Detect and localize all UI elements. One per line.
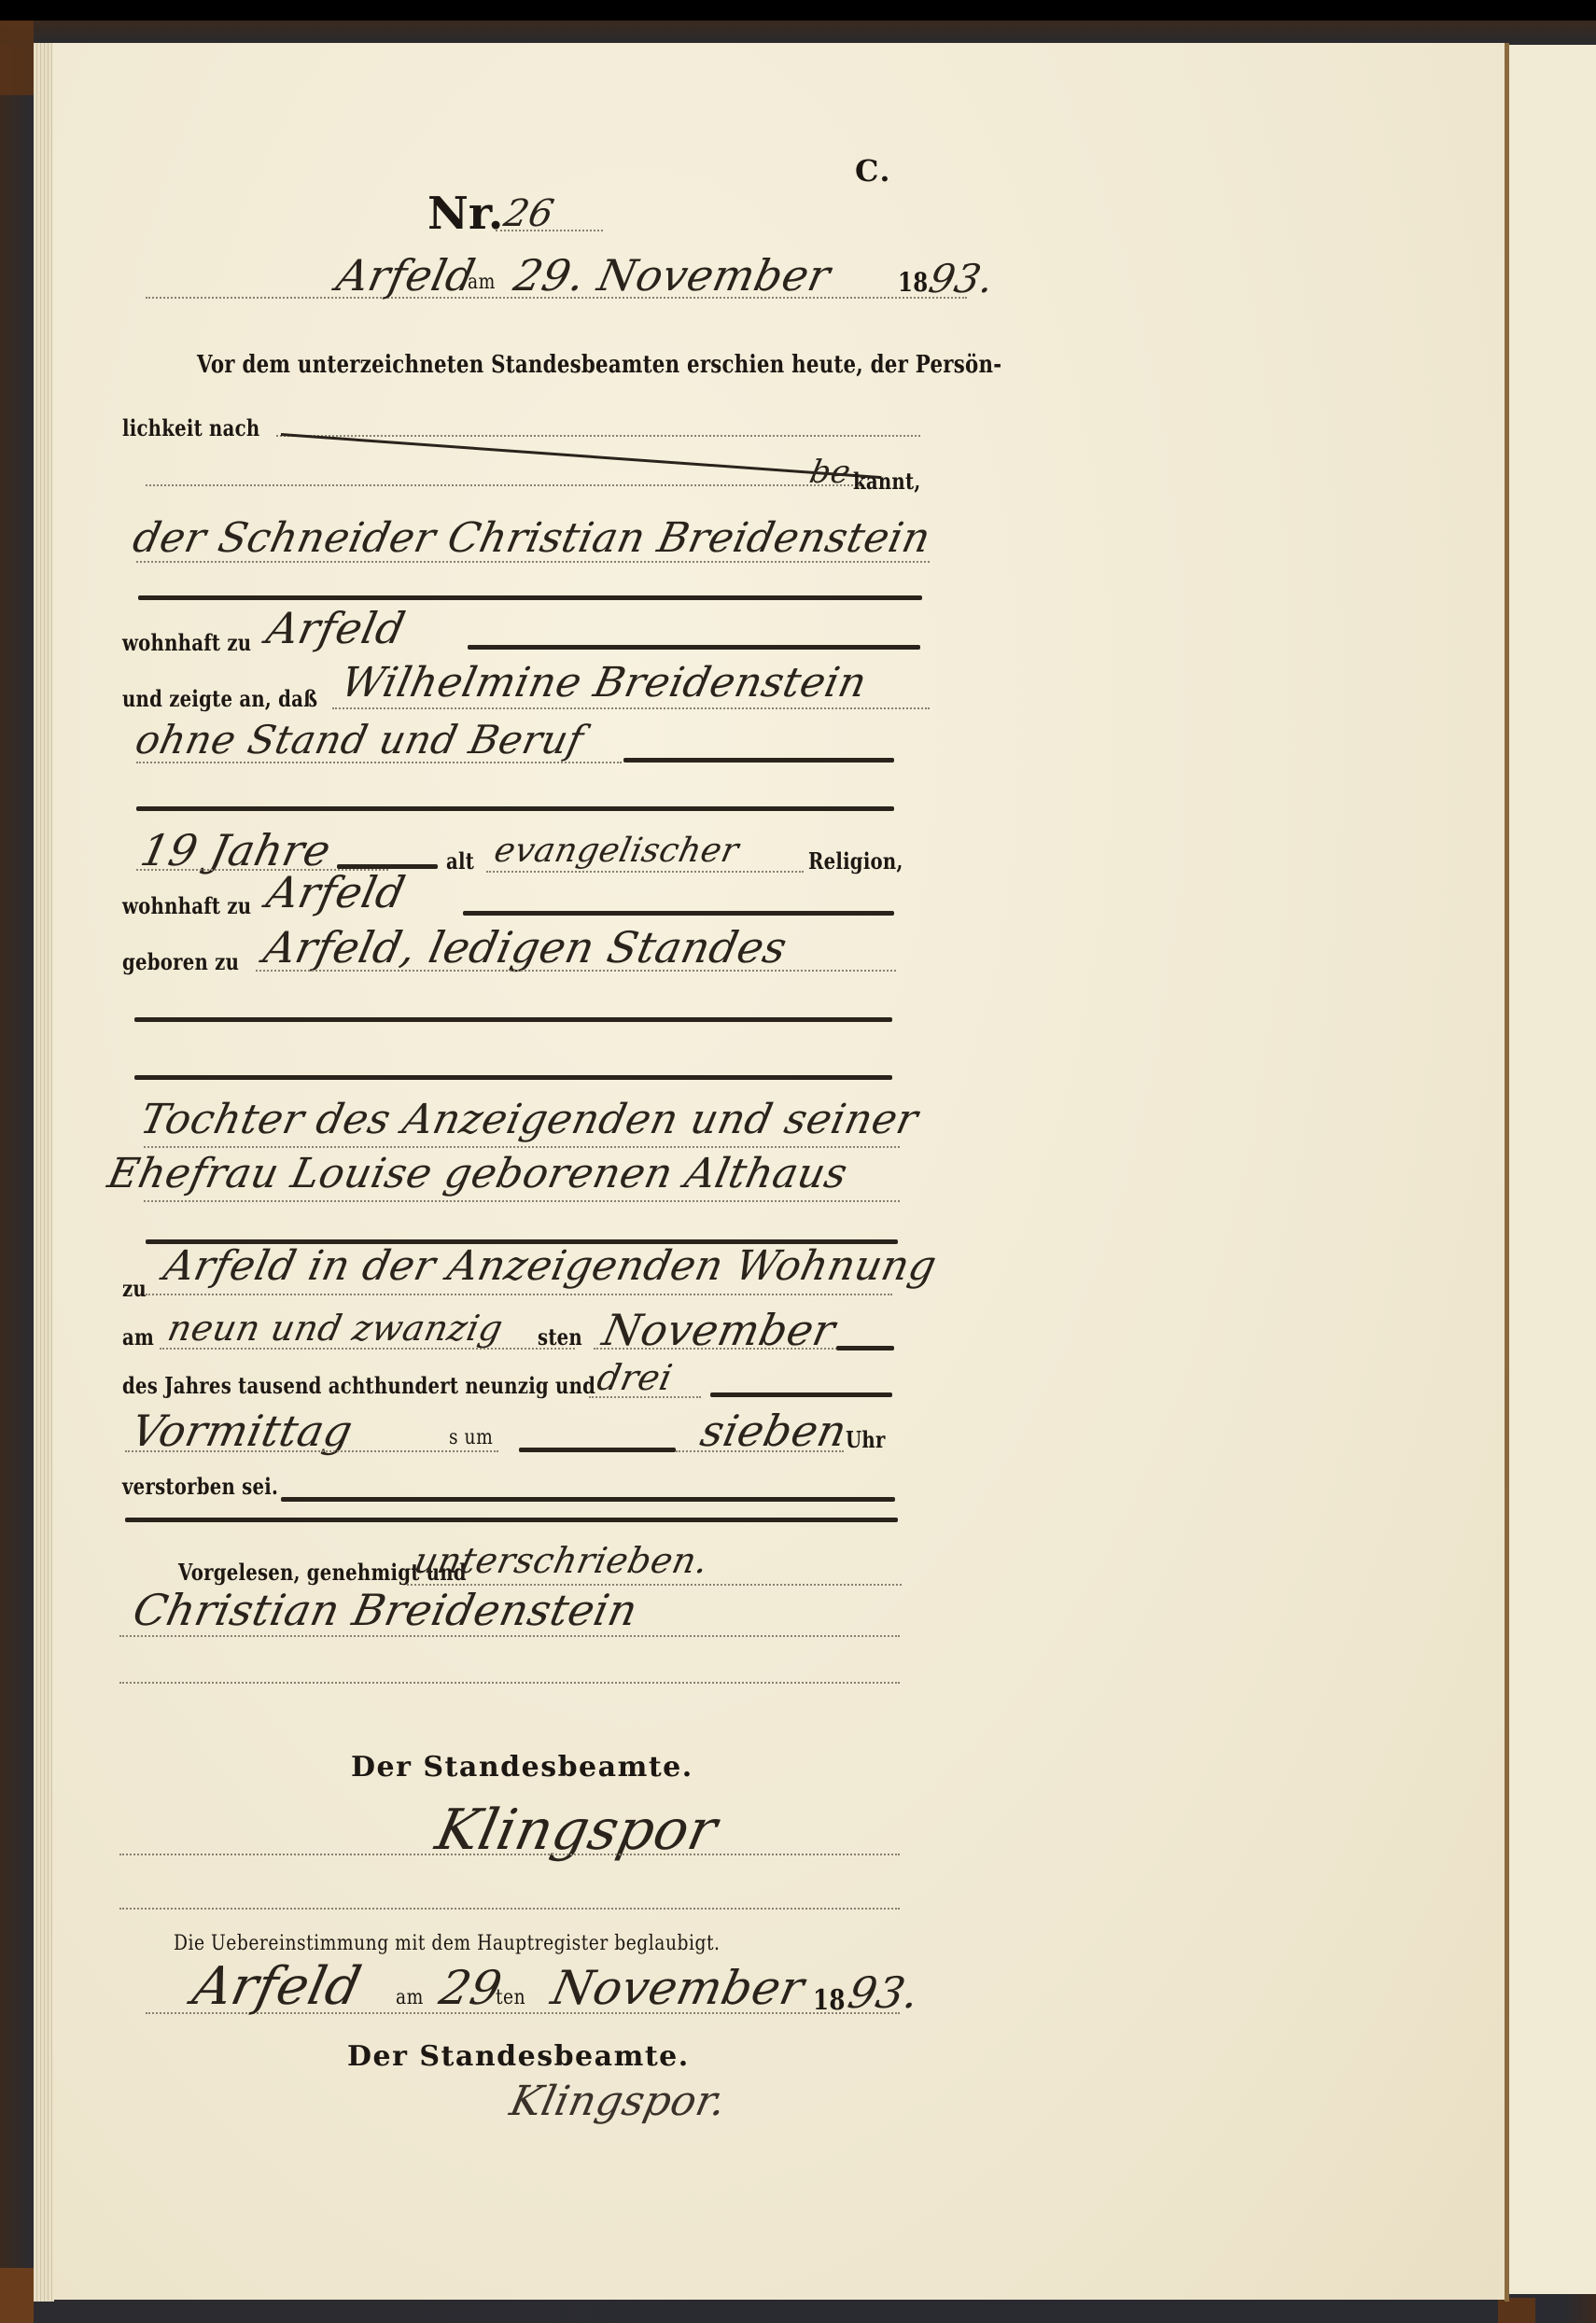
deceased-occupation: ohne Stand und Beruf: [132, 717, 588, 763]
parents-dotted-line-1: [144, 1146, 900, 1148]
bekannt-prefix: be: [806, 454, 854, 491]
religion-label: Religion,: [808, 847, 903, 875]
religion-value: evangelischer: [491, 832, 742, 870]
book-cover-top-edge: [0, 21, 1596, 45]
hour-label: Uhr: [846, 1426, 886, 1453]
hour-value: sieben: [696, 1406, 851, 1456]
separator-line: [134, 1075, 892, 1080]
read-value: unterschrieben.: [411, 1540, 712, 1581]
time-suffix: s um: [449, 1426, 493, 1449]
certification-ten-label: ten: [496, 1986, 525, 2009]
died-label: verstorben sei.: [122, 1473, 278, 1500]
certification-statement: Die Uebereinstimmung mit dem Hauptregist…: [174, 1932, 720, 1955]
death-place: Arfeld in der Anzeigenden Wohnung: [160, 1242, 941, 1290]
parents-line-2: Ehefrau Louise geborenen Althaus: [104, 1150, 852, 1197]
death-place-dotted-line: [146, 1294, 892, 1295]
strike-through-line: [281, 433, 882, 479]
informant-name: der Schneider Christian Breidenstein: [129, 514, 935, 562]
informant-signature: Christian Breidenstein: [129, 1585, 642, 1635]
section-letter: C.: [855, 153, 891, 189]
certification-year-suffix: 93.: [844, 1967, 924, 2018]
intro-dotted-line-1: [276, 435, 920, 437]
header-am-label: am: [468, 271, 496, 294]
residence-fill-line: [468, 645, 920, 650]
facing-page-edge: [1509, 45, 1596, 2294]
year-text-value: drei: [594, 1357, 676, 1398]
year-dotted-line: [589, 1396, 701, 1398]
separator-line: [125, 1518, 898, 1522]
time-of-day: Vormittag: [127, 1406, 357, 1456]
certification-am-label: am: [396, 1986, 424, 2009]
announced-label: und zeigte an, daß: [122, 685, 317, 712]
certification-month: November: [547, 1961, 809, 2015]
signature-dotted-line-2: [119, 1682, 900, 1684]
informant-residence-label: wohnhaft zu: [122, 629, 251, 656]
bekannt-label: kannt,: [853, 468, 920, 495]
informant-dotted-line: [136, 561, 930, 563]
header-year-suffix: 93.: [925, 256, 999, 301]
religion-dotted-line: [486, 871, 804, 873]
registrar-heading: Der Standesbeamte.: [351, 1751, 693, 1784]
header-place: Arfeld: [332, 250, 480, 301]
age-label: alt: [446, 847, 474, 875]
cover-corner-bottom-left: [0, 2268, 34, 2323]
time-dotted-line: [125, 1450, 498, 1452]
header-day-month: 29. November: [510, 250, 835, 301]
certification-place: Arfeld: [188, 1956, 367, 2017]
window-title-bar: /Abt_Ostwestfalen-Lippe/P6/P6-25/~001/P6…: [0, 0, 1596, 21]
register-page: C. Nr. 26 Arfeld am 29. November 18 93. …: [52, 43, 1505, 2300]
registrar-dotted-line: [119, 1854, 900, 1855]
occupation-fill-line: [623, 758, 894, 763]
occupation-dotted-line: [136, 762, 622, 763]
separator-line: [134, 1017, 892, 1022]
intro-line-1: Vor dem unterzeichneten Standesbeamten e…: [197, 351, 1001, 379]
informant-residence: Arfeld: [262, 603, 410, 653]
death-place-label: zu: [122, 1275, 147, 1302]
month-fill-line: [836, 1346, 894, 1350]
death-day-label: am: [122, 1323, 154, 1350]
parents-dotted-line-2: [144, 1200, 900, 1202]
parents-line-1: Tochter des Anzeigenden und seiner: [136, 1096, 922, 1143]
separator-line: [136, 806, 894, 811]
deceased-dotted-line: [332, 707, 930, 709]
certification-registrar-signature: Klingspor.: [506, 2078, 731, 2125]
registrar-dotted-line-2: [119, 1908, 900, 1910]
year-text-label: des Jahres tausend achthundert neunzig u…: [122, 1372, 595, 1399]
died-fill-line: [281, 1497, 895, 1502]
deceased-name: Wilhelmine Breidenstein: [337, 659, 871, 707]
year-fill-line: [710, 1392, 892, 1397]
cover-corner-bottom-right: [1498, 2298, 1535, 2323]
death-day-dotted-line: [160, 1348, 575, 1350]
death-day-suffix: sten: [538, 1323, 582, 1350]
header-year-prefix: 18: [898, 267, 928, 298]
residence-fill-line: [463, 911, 894, 916]
deceased-residence-label: wohnhaft zu: [122, 892, 251, 919]
deceased-residence: Arfeld: [262, 867, 410, 917]
page-edges: [34, 43, 54, 2302]
signature-dotted-line: [119, 1635, 900, 1637]
certification-year-prefix: 18: [813, 1984, 846, 2017]
intro-line-2-label: lichkeit nach: [122, 414, 259, 441]
separator-line: [138, 595, 922, 600]
cover-corner-top-left: [0, 21, 34, 95]
record-number-label: Nr.: [427, 188, 503, 240]
intro-dotted-line-2: [146, 484, 864, 486]
birth-dotted-line: [256, 970, 896, 972]
birth-place: Arfeld, ledigen Standes: [259, 922, 791, 973]
minutes-fill-line: [519, 1448, 676, 1452]
birth-label: geboren zu: [122, 948, 239, 975]
number-dotted-line: [496, 230, 603, 231]
death-day: neun und zwanzig: [164, 1308, 507, 1349]
certification-registrar-heading: Der Standesbeamte.: [347, 2040, 690, 2073]
